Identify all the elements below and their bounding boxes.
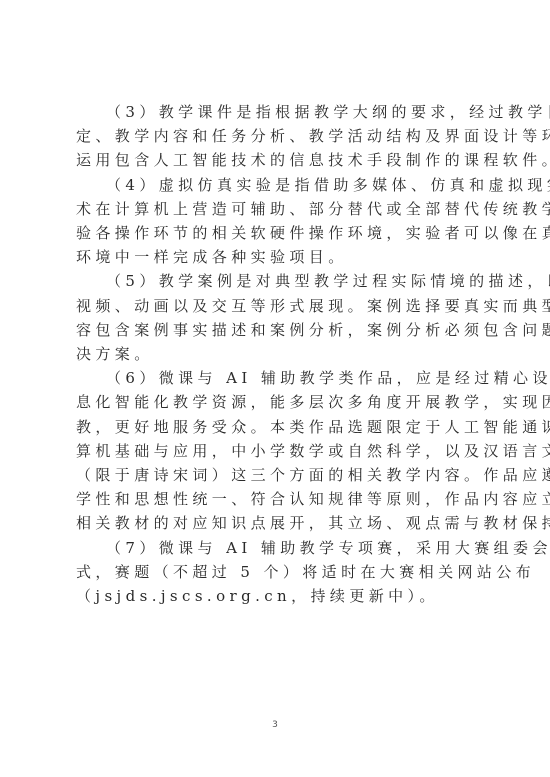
text-line: 相关教材的对应知识点展开，其立场、观点需与教材保持一致。 (76, 511, 480, 535)
text-line: 验各操作环节的相关软硬件操作环境，实验者可以像在真实的 (76, 221, 480, 245)
page-number: 3 (0, 720, 550, 730)
paragraph-4: （4）虚拟仿真实验是指借助多媒体、仿真和虚拟现实等技 术在计算机上营造可辅助、部… (76, 173, 480, 270)
text-line: （6）微课与 AI 辅助教学类作品，应是经过精心设计的信 (76, 366, 480, 390)
text-line: 算机基础与应用，中小学数学或自然科学，以及汉语言文学 (76, 439, 480, 463)
text-line: 教，更好地服务受众。本类作品选题限定于人工智能通识课/计 (76, 415, 480, 439)
text-line: （限于唐诗宋词）这三个方面的相关教学内容。作品应遵循科 (76, 463, 480, 487)
text-line: 环境中一样完成各种实验项目。 (76, 245, 480, 269)
text-line: （7）微课与 AI 辅助教学专项赛，采用大赛组委会命题方 (76, 536, 480, 560)
text-line: 运用包含人工智能技术的信息技术手段制作的课程软件。 (76, 148, 480, 172)
text-line: 定、教学内容和任务分析、教学活动结构及界面设计等环节， (76, 124, 480, 148)
text-line: （3）教学课件是指根据教学大纲的要求，经过教学目标确 (76, 100, 480, 124)
paragraph-3: （3）教学课件是指根据教学大纲的要求，经过教学目标确 定、教学内容和任务分析、教… (76, 100, 480, 173)
document-page: （3）教学课件是指根据教学大纲的要求，经过教学目标确 定、教学内容和任务分析、教… (0, 0, 550, 777)
text-line: 息化智能化教学资源，能多层次多角度开展教学，实现因材施 (76, 390, 480, 414)
paragraph-7: （7）微课与 AI 辅助教学专项赛，采用大赛组委会命题方 式，赛题（不超过 5 … (76, 536, 480, 609)
text-line: （4）虚拟仿真实验是指借助多媒体、仿真和虚拟现实等技 (76, 173, 480, 197)
document-body: （3）教学课件是指根据教学大纲的要求，经过教学目标确 定、教学内容和任务分析、教… (76, 100, 480, 608)
paragraph-6: （6）微课与 AI 辅助教学类作品，应是经过精心设计的信 息化智能化教学资源，能… (76, 366, 480, 535)
text-line: 视频、动画以及交互等形式展现。案例选择要真实而典型，内 (76, 294, 480, 318)
paragraph-5: （5）教学案例是对典型教学过程实际情境的描述，以文档、 视频、动画以及交互等形式… (76, 269, 480, 366)
text-line: 术在计算机上营造可辅助、部分替代或全部替代传统教学和实 (76, 197, 480, 221)
text-line: 决方案。 (76, 342, 480, 366)
text-line: 容包含案例事实描述和案例分析，案例分析必须包含问题及解 (76, 318, 480, 342)
text-line: （jsjds.jscs.org.cn，持续更新中）。 (76, 584, 480, 608)
text-line: 式，赛题（不超过 5 个）将适时在大赛相关网站公布 (76, 560, 480, 584)
text-line: 学性和思想性统一、符合认知规律等原则，作品内容应立足于 (76, 487, 480, 511)
text-line: （5）教学案例是对典型教学过程实际情境的描述，以文档、 (76, 269, 480, 293)
